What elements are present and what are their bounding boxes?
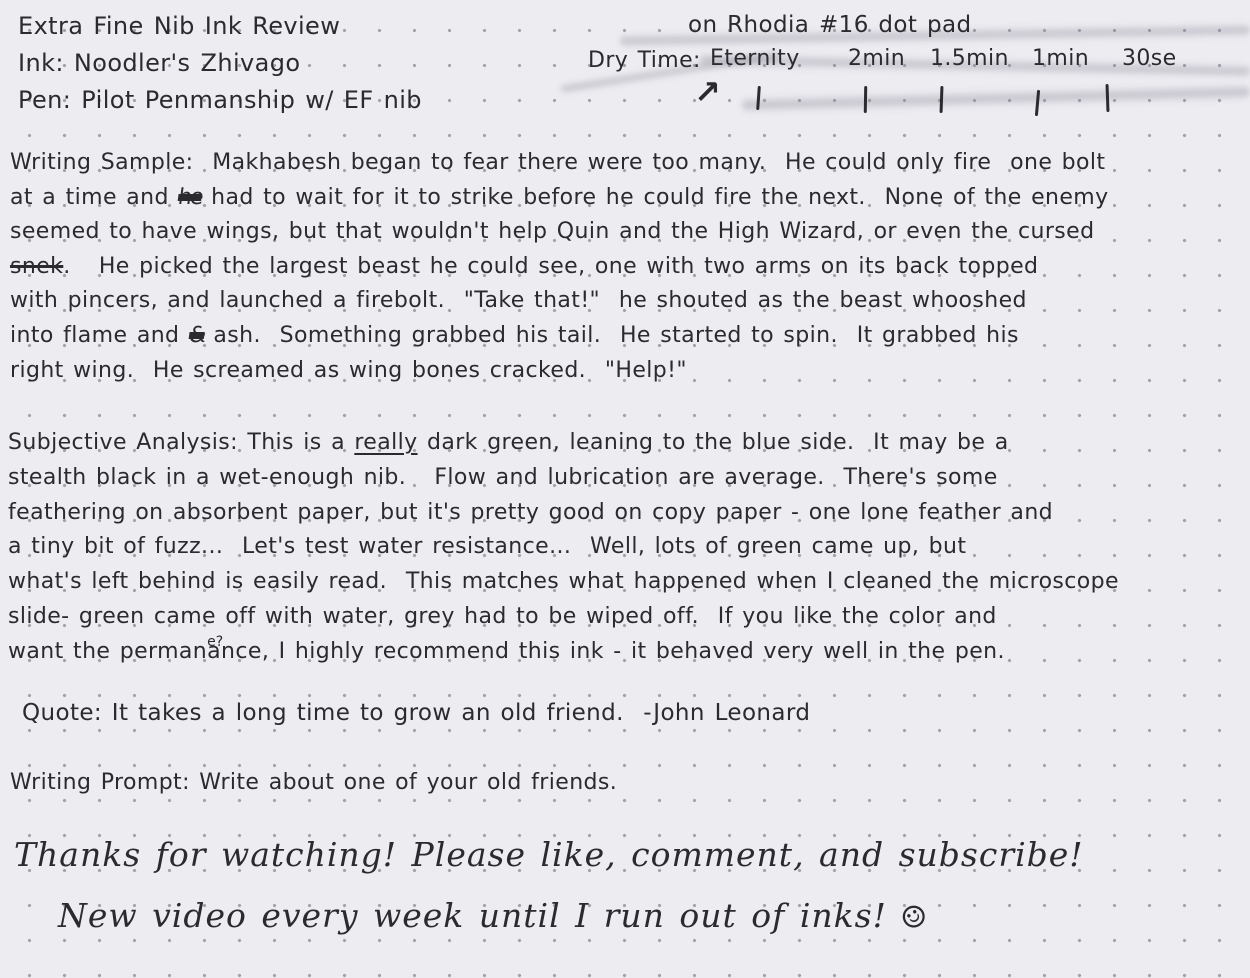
review-header: Extra Fine Nib Ink ReviewInk: Noodler's … [18, 8, 422, 119]
text-segment: stealth black in a wet-enough nib. Flow … [8, 465, 998, 490]
text-segment: a tiny bit of fuzz... Let's test water r… [8, 534, 966, 559]
text-line: Thanks for watching! Please like, commen… [14, 824, 1084, 885]
strike-text: snek [10, 254, 63, 279]
writing-sample-paragraph: Writing Sample: Makhabesh began to fear … [10, 146, 1248, 388]
text-segment: . He picked the largest beast he could s… [63, 254, 1038, 279]
text-line: Pen: Pilot Penmanship w/ EF nib [18, 82, 422, 119]
text-segment: right wing. He screamed as wing bones cr… [10, 358, 687, 383]
dry-time-tick [940, 86, 944, 113]
text-segment: at a time and [10, 185, 178, 210]
text-line: Ink: Noodler's Zhivago [18, 45, 422, 82]
text-line: want the permanae?nce, I highly recommen… [8, 635, 1248, 670]
text-segment: what's left behind is easily read. This … [8, 569, 1119, 594]
text-segment: ash. Something grabbed his tail. He star… [204, 323, 1019, 348]
text-segment: with pincers, and launched a firebolt. "… [10, 288, 1027, 313]
underline-text: really [354, 430, 417, 455]
text-line: at a time and he had to wait for it to s… [10, 181, 1248, 216]
text-segment: slide- green came off with water, grey h… [8, 604, 997, 629]
text-segment: nce, I highly recommend this ink - it be… [221, 639, 1005, 664]
text-segment: Thanks for watching! Please like, commen… [14, 835, 1084, 874]
text-line: slide- green came off with water, grey h… [8, 600, 1248, 635]
text-line: what's left behind is easily read. This … [8, 565, 1248, 600]
text-segment: dark green, leaning to the blue side. It… [418, 430, 1009, 455]
text-segment: had to wait for it to strike before he c… [202, 185, 1109, 210]
text-line: Subjective Analysis: This is a really da… [8, 426, 1248, 461]
text-line: Extra Fine Nib Ink Review [18, 8, 422, 45]
dry-time-option-1-5min: 1.5min [930, 46, 1009, 71]
paper-note: on Rhodia #16 dot pad [688, 12, 972, 38]
subjective-analysis-paragraph: Subjective Analysis: This is a really da… [8, 426, 1248, 670]
writing-prompt-line: Writing Prompt: Write about one of your … [10, 770, 617, 795]
dry-time-label: Dry Time: [588, 48, 701, 73]
handwritten-ink-review-page: Extra Fine Nib Ink ReviewInk: Noodler's … [0, 0, 1250, 978]
dry-time-tick [864, 86, 867, 113]
text-line: seemed to have wings, but that wouldn't … [10, 215, 1248, 250]
dry-time-option-30sec: 30se [1122, 46, 1177, 71]
dry-time-option-1min: 1min [1032, 46, 1089, 71]
text-segment: into flame and [10, 323, 189, 348]
dry-time-option-2min: 2min [848, 46, 905, 71]
text-segment: Writing Sample: Makhabesh began to fear … [10, 150, 1105, 175]
text-segment: want the perman [8, 639, 207, 664]
text-line: snek. He picked the largest beast he cou… [10, 250, 1248, 285]
text-segment: seemed to have wings, but that wouldn't … [10, 219, 1094, 244]
ink-smear [742, 83, 1250, 113]
text-line: into flame and & ash. Something grabbed … [10, 319, 1248, 354]
text-line: right wing. He screamed as wing bones cr… [10, 354, 1248, 389]
scribble-text: & [186, 319, 206, 354]
closing-message: Thanks for watching! Please like, commen… [14, 824, 1084, 948]
text-segment: Subjective Analysis: This is a [8, 430, 354, 455]
text-segment: feathering on absorbent paper, but it's … [8, 500, 1053, 525]
text-line: with pincers, and launched a firebolt. "… [10, 284, 1248, 319]
text-line: a tiny bit of fuzz... Let's test water r… [8, 530, 1248, 565]
superscript-correction: e? [207, 625, 223, 660]
text-segment: ae? [207, 639, 221, 664]
scribble-text: he [176, 181, 204, 216]
dry-time-option-eternity: Eternity [710, 46, 800, 71]
arrow-up-right-icon: ↗ [694, 76, 721, 108]
text-segment: New video every week until I run out of … [58, 896, 901, 935]
text-line: New video every week until I run out of … [58, 885, 1084, 948]
text-line: stealth black in a wet-enough nib. Flow … [8, 461, 1248, 496]
quote-line: Quote: It takes a long time to grow an o… [22, 700, 810, 726]
text-line: Writing Sample: Makhabesh began to fear … [10, 146, 1248, 181]
text-line: feathering on absorbent paper, but it's … [8, 496, 1248, 531]
